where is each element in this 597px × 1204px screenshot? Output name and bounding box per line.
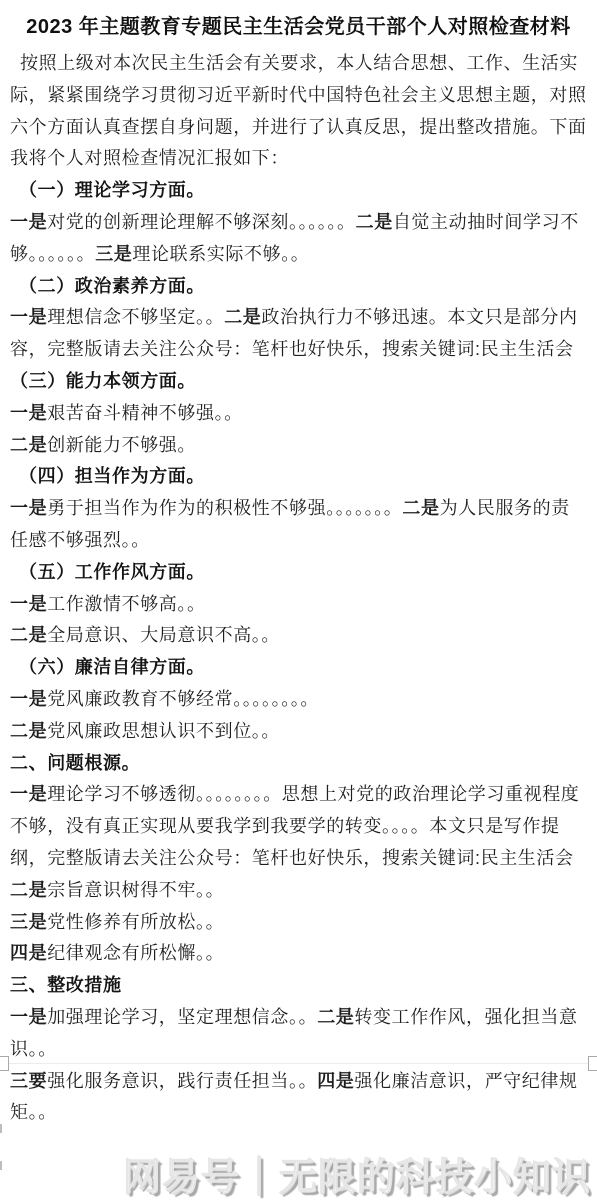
section-heading: 二、问题根源。 (0, 748, 597, 780)
page-edge-tick-icon (0, 1124, 2, 1133)
section-heading: （四）担当作为方面。 (0, 461, 597, 493)
paragraph: 三是党性修养有所放松。。 (0, 907, 597, 939)
text-run: 加强理论学习，坚定理想信念。。 (47, 1007, 317, 1027)
bold-run: （四）担当作为方面。 (19, 466, 205, 486)
bold-run: 二是 (356, 212, 393, 232)
bold-run: （六）廉洁自律方面。 (19, 657, 205, 677)
bold-run: 一是 (10, 498, 47, 518)
text-run: 党风廉政教育不够经常。。。。。。。。 (47, 689, 319, 709)
paragraph: 一是党风廉政教育不够经常。。。。。。。。 (0, 684, 597, 716)
text-run: 党风廉政思想认识不到位。。 (47, 721, 280, 741)
bold-run: 二是 (224, 307, 261, 327)
document-page: 2023 年主题教育专题民主生活会党员干部个人对照检查材料 按照上级对本次民主生… (0, 12, 597, 1129)
page-break-right-marker-icon (588, 1056, 597, 1071)
paragraph: 一是理想信念不够坚定。。二是政治执行力不够迅速。本文只是部分内容，完整版请去关注… (0, 302, 597, 366)
bold-run: 一是 (10, 307, 47, 327)
paragraph: 二是创新能力不够强。 (0, 430, 597, 462)
text-run: 创新能力不够强。 (47, 435, 196, 455)
bold-run: （二）政治素养方面。 (19, 276, 205, 296)
bold-run: （三）能力本领方面。 (10, 371, 196, 391)
section-heading: （五）工作作风方面。 (0, 557, 597, 589)
paragraph: 一是勇于担当作为作为的积极性不够强。。。。。。。二是为人民服务的责任感不够强烈。… (0, 493, 597, 557)
text-run: 理论联系实际不够。。 (132, 244, 309, 264)
text-run: 按照上级对本次民主生活会有关要求，本人结合思想、工作、生活实际，紧紧围绕学习贯彻… (10, 53, 587, 168)
text-run: 党性修养有所放松。。 (47, 912, 224, 932)
text-run: 强化服务意识，践行责任担当。。 (47, 1071, 317, 1091)
bold-run: 二是 (10, 435, 47, 455)
bold-run: （五）工作作风方面。 (19, 562, 205, 582)
paragraph: 一是加强理论学习，坚定理想信念。。二是转变工作作风，强化担当意识。。 (0, 1002, 597, 1066)
document-title: 2023 年主题教育专题民主生活会党员干部个人对照检查材料 (8, 12, 589, 42)
text-run: 勇于担当作为作为的积极性不够强。。。。。。。 (47, 498, 402, 518)
watermark: 网易号｜无限的科技小知识 (123, 1146, 591, 1201)
paragraph: 一是艰苦奋斗精神不够强。。 (0, 398, 597, 430)
paragraph: 二是党风廉政思想认识不到位。。 (0, 716, 597, 748)
text-run: 理论学习不够透彻。。。。。。。。思想上对党的政治理论学习重视程度不够，没有真正实… (10, 784, 579, 868)
section-heading: （二）政治素养方面。 (0, 271, 597, 303)
bold-run: 三是 (10, 912, 47, 932)
bold-run: 二是 (10, 625, 47, 645)
paragraph: 一是对党的创新理论理解不够深刻。。。。。。二是自觉主动抽时间学习不够。。。。。。… (0, 207, 597, 271)
section-heading: （三）能力本领方面。 (0, 366, 597, 398)
bold-run: （一）理论学习方面。 (19, 180, 205, 200)
paragraph: 二是全局意识、大局意识不高。。 (0, 620, 597, 652)
paragraph: 二是宗旨意识树得不牢。。 (0, 875, 597, 907)
text-run: 对党的创新理论理解不够深刻。。。。。。 (47, 212, 355, 232)
bold-run: 一是 (10, 594, 47, 614)
bold-run: 三是 (95, 244, 132, 264)
bold-run: 三、整改措施 (10, 975, 122, 995)
paragraph: 四是纪律观念有所松懈。。 (0, 938, 597, 970)
section-heading: 三、整改措施 (0, 970, 597, 1002)
bold-run: 一是 (10, 689, 47, 709)
document-body: 按照上级对本次民主生活会有关要求，本人结合思想、工作、生活实际，紧紧围绕学习贯彻… (0, 48, 597, 1129)
bold-run: 三要 (10, 1071, 47, 1091)
text-run: 宗旨意识树得不牢。。 (47, 880, 224, 900)
bold-run: 二是 (10, 880, 47, 900)
bold-run: 二、问题根源。 (10, 753, 140, 773)
text-run: 纪律观念有所松懈。。 (47, 943, 224, 963)
text-run: 理想信念不够坚定。。 (47, 307, 224, 327)
bold-run: 一是 (10, 403, 47, 423)
page-edge-tick-icon (0, 1161, 2, 1170)
bold-run: 一是 (10, 784, 47, 804)
bold-run: 一是 (10, 212, 47, 232)
bold-run: 一是 (10, 1007, 47, 1027)
text-run: 艰苦奋斗精神不够强。。 (47, 403, 243, 423)
bold-run: 二是 (317, 1007, 354, 1027)
paragraph: 按照上级对本次民主生活会有关要求，本人结合思想、工作、生活实际，紧紧围绕学习贯彻… (0, 48, 597, 175)
bold-run: 二是 (10, 721, 47, 741)
text-run: 全局意识、大局意识不高。。 (47, 625, 280, 645)
bold-run: 四是 (317, 1071, 354, 1091)
text-run: 工作激情不够高。。 (47, 594, 205, 614)
paragraph: 一是理论学习不够透彻。。。。。。。。思想上对党的政治理论学习重视程度不够，没有真… (0, 779, 597, 874)
paragraph: 三要强化服务意识，践行责任担当。。四是强化廉洁意识，严守纪律规矩。。 (0, 1066, 597, 1130)
page-break-line (0, 1063, 597, 1064)
section-heading: （一）理论学习方面。 (0, 175, 597, 207)
page-break-left-marker-icon (0, 1056, 9, 1071)
paragraph: 一是工作激情不够高。。 (0, 589, 597, 621)
bold-run: 四是 (10, 943, 47, 963)
section-heading: （六）廉洁自律方面。 (0, 652, 597, 684)
bold-run: 二是 (402, 498, 439, 518)
